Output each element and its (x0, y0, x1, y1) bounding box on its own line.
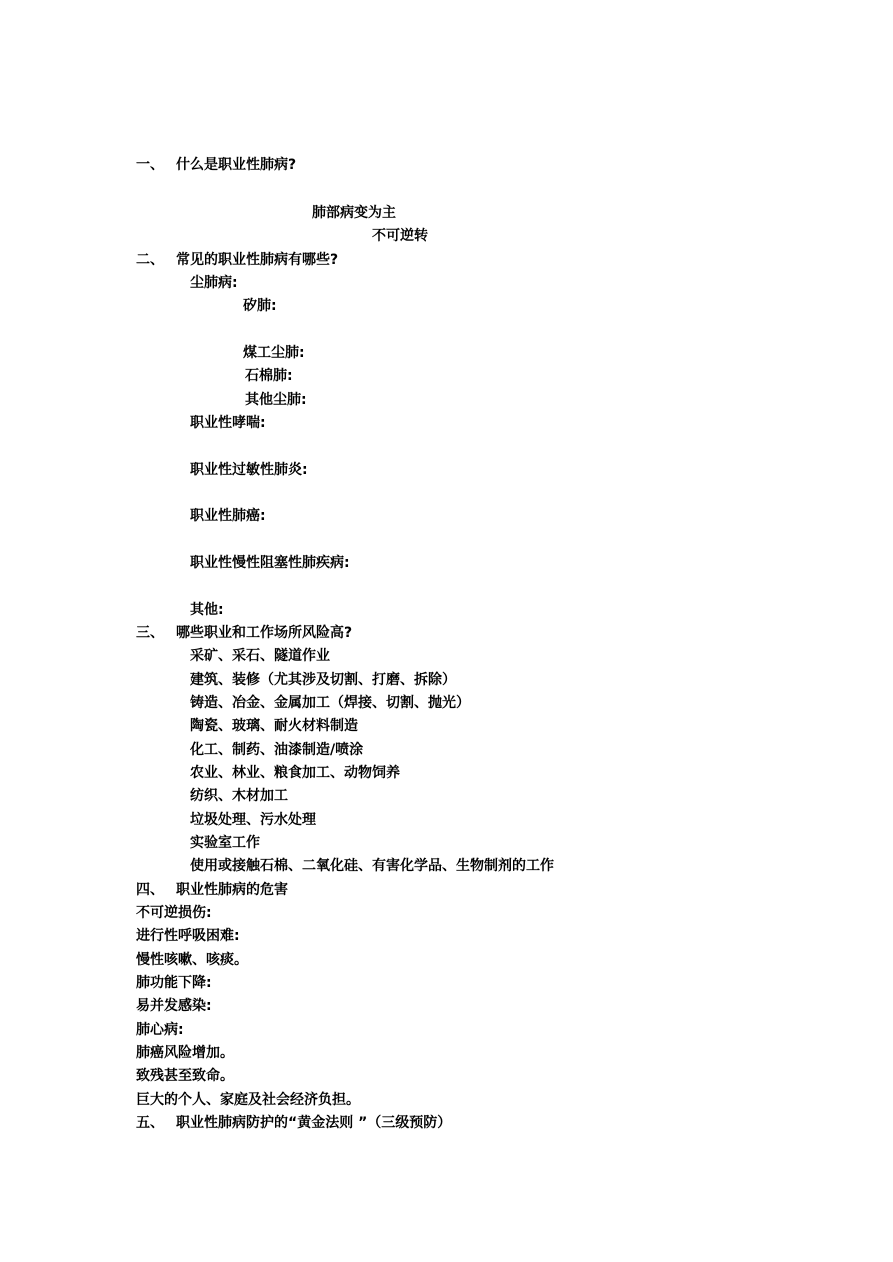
harm-item: 肺癌风险增加。 (136, 1044, 234, 1062)
occupation-item: 垃圾处理、污水处理 (190, 811, 316, 829)
disease-subitem: 煤工尘肺: (243, 344, 305, 362)
section-number: 一、 (136, 156, 176, 174)
harm-item: 肺心病: (136, 1021, 184, 1039)
section-title: 什么是职业性肺病? (176, 157, 296, 173)
section-heading-1: 一、什么是职业性肺病? (136, 156, 296, 174)
occupation-item: 陶瓷、玻璃、耐火材料制造 (190, 717, 358, 735)
occupation-item: 建筑、装修（尤其涉及切割、打磨、拆除） (190, 671, 456, 689)
disease-item: 其他: (190, 601, 224, 619)
section-number: 三、 (136, 624, 176, 642)
harm-item: 不可逆损伤: (136, 904, 212, 922)
disease-item: 职业性慢性阻塞性肺疾病: (190, 554, 350, 572)
occupation-item: 实验室工作 (190, 834, 260, 852)
section-note: 不可逆转 (372, 227, 428, 245)
harm-item: 进行性呼吸困难: (136, 927, 240, 945)
harm-item: 致残甚至致命。 (136, 1067, 234, 1085)
section-title: 职业性肺病的危害 (176, 882, 288, 898)
occupation-item: 化工、制药、油漆制造/喷涂 (190, 741, 363, 759)
disease-subitem: 石棉肺: (245, 367, 293, 385)
disease-item: 职业性哮喘: (190, 414, 266, 432)
harm-item: 巨大的个人、家庭及社会经济负担。 (136, 1091, 360, 1109)
occupation-item: 农业、林业、粮食加工、动物饲养 (190, 764, 400, 782)
disease-item: 职业性肺癌: (190, 507, 266, 525)
harm-item: 慢性咳嗽、咳痰。 (136, 951, 248, 969)
section-number: 四、 (136, 881, 176, 899)
disease-subitem: 其他尘肺: (245, 391, 307, 409)
occupation-item: 铸造、冶金、金属加工（焊接、切割、抛光） (190, 694, 470, 712)
occupation-item: 纺织、木材加工 (190, 787, 288, 805)
section-heading-3: 三、哪些职业和工作场所风险高? (136, 624, 352, 642)
occupation-item: 采矿、采石、隧道作业 (190, 647, 330, 665)
harm-item: 易并发感染: (136, 997, 212, 1015)
section-heading-2: 二、常见的职业性肺病有哪些? (136, 251, 338, 269)
section-title: 哪些职业和工作场所风险高? (176, 625, 352, 641)
disease-item: 职业性过敏性肺炎: (190, 461, 308, 479)
section-heading-4: 四、职业性肺病的危害 (136, 881, 288, 899)
section-note: 肺部病变为主 (312, 204, 396, 222)
section-title: 职业性肺病防护的“黄金法则 ”（三级预防） (176, 1115, 451, 1131)
section-number: 五、 (136, 1114, 176, 1132)
section-title: 常见的职业性肺病有哪些? (176, 252, 338, 268)
section-number: 二、 (136, 251, 176, 269)
disease-item: 尘肺病: (190, 274, 238, 292)
section-heading-5: 五、职业性肺病防护的“黄金法则 ”（三级预防） (136, 1114, 451, 1132)
occupation-item: 使用或接触石棉、二氧化硅、有害化学品、生物制剂的工作 (190, 857, 554, 875)
disease-subitem: 矽肺: (243, 297, 277, 315)
harm-item: 肺功能下降: (136, 974, 212, 992)
